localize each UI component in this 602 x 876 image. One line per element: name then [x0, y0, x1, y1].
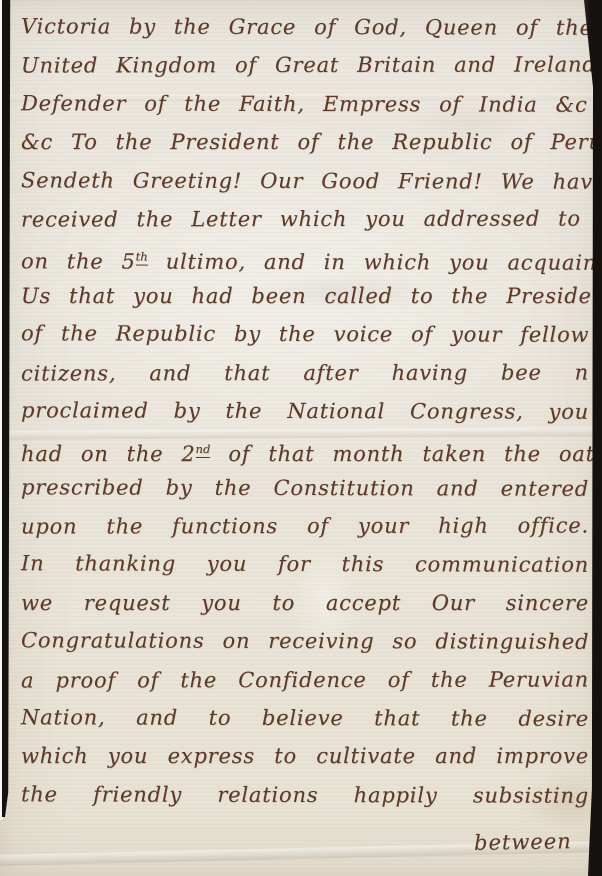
- handwritten-line: prescribed by the Constitution and enter…: [21, 469, 589, 509]
- handwritten-line: Congratulations on receiving so distingu…: [21, 623, 589, 663]
- handwritten-line: Victoria by the Grace of God, Queen of t…: [21, 8, 589, 48]
- letter-scan: Victoria by the Grace of God, Queen of t…: [0, 0, 602, 876]
- handwritten-line: In thanking you for this communication: [21, 546, 589, 586]
- handwritten-line: of the Republic by the voice of your fel…: [21, 315, 589, 355]
- handwritten-line: citizens, and that after having bee n: [21, 354, 589, 393]
- handwritten-line: received the Letter which you addressed …: [21, 200, 589, 239]
- handwritten-line: Sendeth Greeting! Our Good Friend! We ha…: [21, 162, 589, 202]
- catchword: between: [474, 829, 572, 855]
- handwritten-line: proclaimed by the National Congress, you: [21, 392, 589, 432]
- handwritten-line: Nation, and to believe that the desire: [21, 699, 589, 739]
- handwritten-line: &c To the President of the Republic of P…: [21, 124, 589, 162]
- handwritten-line: a proof of the Confidence of the Peruvia…: [21, 661, 589, 700]
- letter-body-text: Victoria by the Grace of God, Queen of t…: [21, 9, 589, 815]
- handwritten-line: Us that you had been called to the Presi…: [21, 278, 589, 316]
- handwritten-line: we request you to accept Our sincere: [21, 585, 589, 623]
- handwritten-line: which you express to cultivate and impro…: [21, 738, 589, 776]
- handwritten-line: upon the functions of your high office.: [21, 508, 589, 547]
- handwritten-line: Defender of the Faith, Empress of India …: [21, 85, 589, 125]
- handwritten-line: on the 5th ultimo, and in which you acqu…: [21, 239, 589, 279]
- handwritten-line: had on the 2nd of that month taken the o…: [21, 431, 589, 469]
- handwritten-line: United Kingdom of Great Britain and Irel…: [21, 47, 589, 86]
- handwritten-line: the friendly relations happily subsistin…: [21, 776, 589, 816]
